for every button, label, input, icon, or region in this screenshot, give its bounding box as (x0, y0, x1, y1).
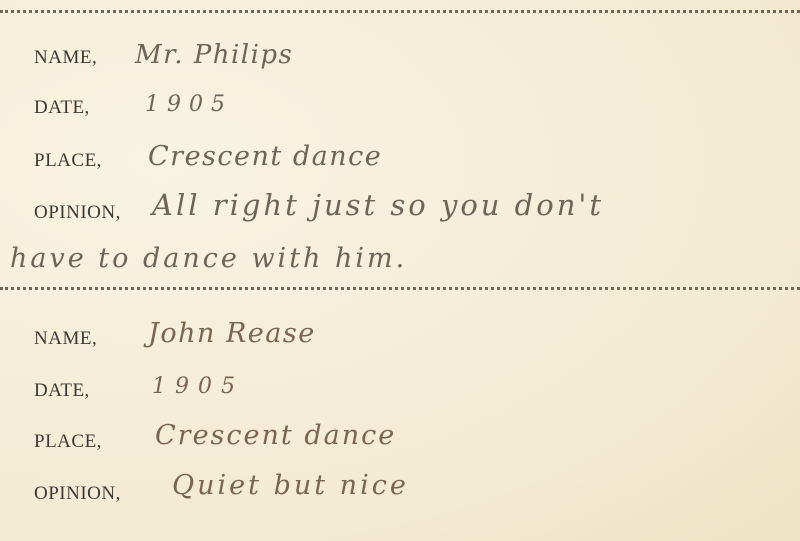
place-value: Crescent dance (155, 420, 396, 451)
opinion-value: Quiet but nice (172, 470, 409, 501)
date-value: 1905 (145, 92, 233, 117)
date-label: DATE, (34, 380, 90, 402)
name-label: NAME, (34, 328, 97, 350)
place-label: PLACE, (34, 431, 102, 453)
opinion-value-line2: have to dance with him. (10, 243, 407, 274)
opinion-label: OPINION, (34, 483, 121, 505)
opinion-label: OPINION, (34, 202, 121, 224)
opinion-value-line1: All right just so you don't (152, 188, 604, 222)
place-value: Crescent dance (148, 141, 382, 172)
name-value: John Rease (148, 318, 316, 349)
date-value: 1905 (152, 374, 244, 399)
top-dotted-rule (0, 10, 800, 13)
name-label: NAME, (34, 47, 97, 69)
date-label: DATE, (34, 97, 90, 119)
place-label: PLACE, (34, 150, 102, 172)
entry-divider-dotted-rule (0, 287, 800, 290)
name-value: Mr. Philips (135, 40, 293, 70)
